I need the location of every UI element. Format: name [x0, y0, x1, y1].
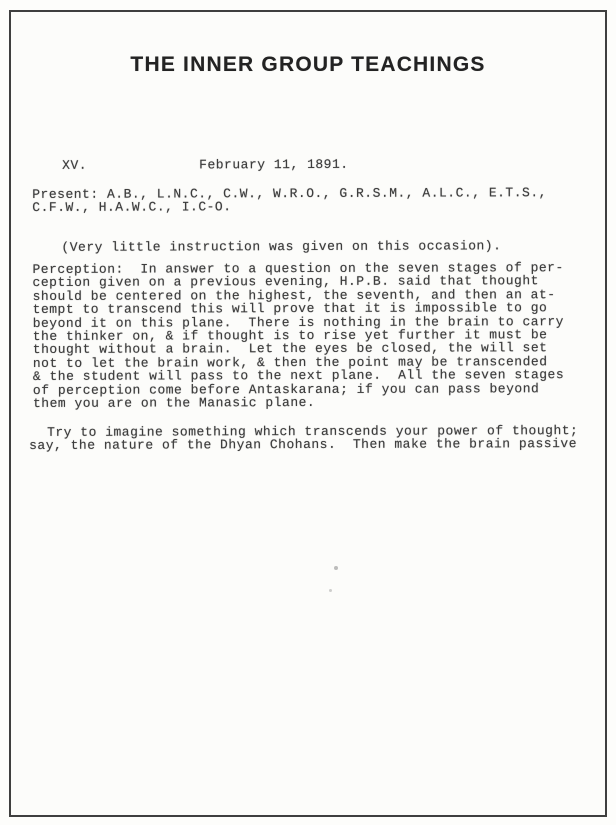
present-list: Present: A.B., L.N.C., C.W., W.R.O., G.R…	[32, 186, 592, 215]
scan-speck	[334, 566, 338, 570]
present-line: C.F.W., H.A.W.C., I.C-O.	[32, 199, 592, 214]
paragraph-imagine: Try to imagine something which transcend…	[29, 424, 604, 453]
paragraph-perception: Perception: In answer to a question on t…	[32, 261, 593, 410]
session-note: (Very little instruction was given on th…	[61, 239, 581, 254]
scan-speck	[329, 589, 332, 592]
scanned-document-page: THE INNER GROUP TEACHINGS XV. February 1…	[0, 0, 616, 825]
section-number: XV.	[62, 159, 87, 172]
body-line: them you are on the Manasic plane.	[33, 395, 593, 410]
typewritten-content: XV. February 11, 1891. Present: A.B., L.…	[0, 0, 616, 825]
present-line: Present: A.B., L.N.C., C.W., W.R.O., G.R…	[32, 186, 592, 201]
body-line: say, the nature of the Dhyan Chohans. Th…	[29, 437, 604, 452]
meeting-date: February 11, 1891.	[199, 158, 348, 172]
note-line: (Very little instruction was given on th…	[61, 239, 581, 254]
meta-line: XV. February 11, 1891.	[32, 157, 580, 173]
